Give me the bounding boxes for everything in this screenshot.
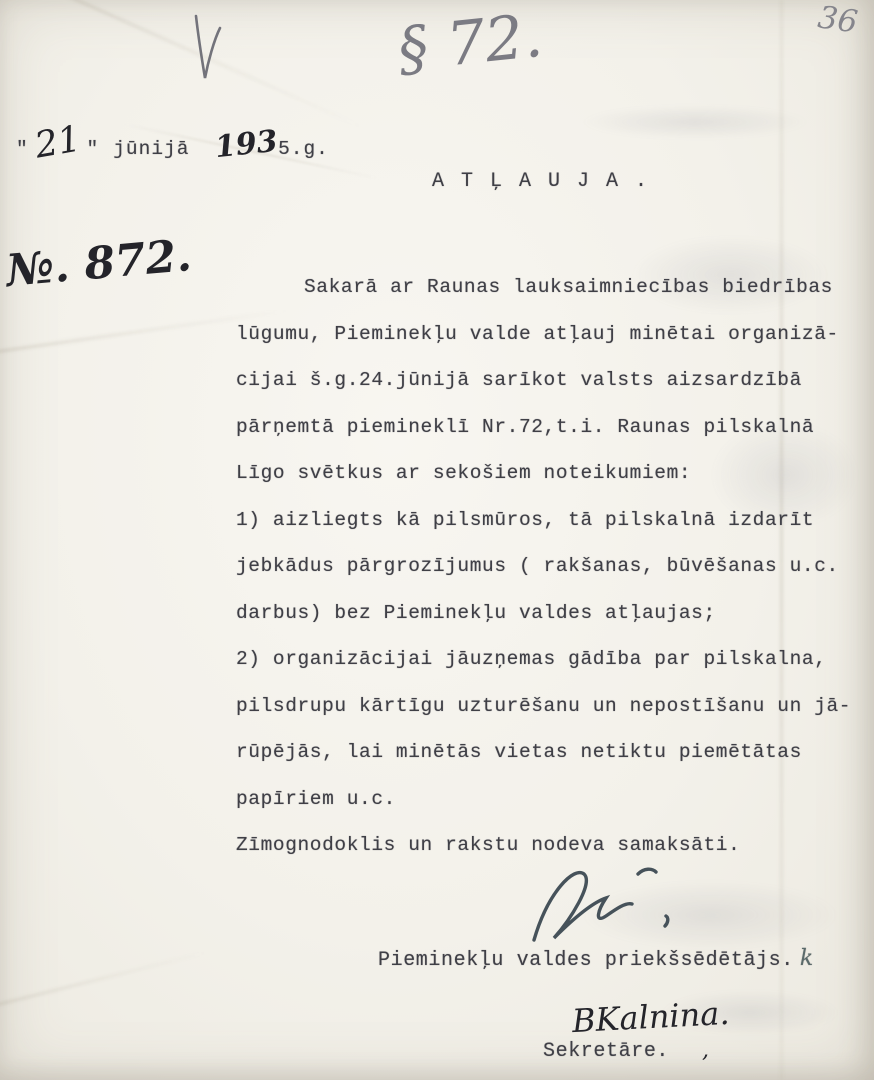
date-day-handwritten: 21 (31, 118, 83, 166)
date-line: " 21 " jūnijā 193 5.g. (16, 122, 329, 163)
page-number-annotation: 36 (816, 0, 860, 41)
body-line: Līgo svētkus ar sekošiem noteikumiem: (236, 450, 851, 497)
chairman-title-line: Pieminekļu valdes priekšsēdētājs.k (378, 946, 814, 972)
bleedthrough-smudge (580, 105, 810, 139)
body-line: papīriem u.c. (236, 776, 851, 823)
secretary-title: Sekretāre. (543, 1040, 669, 1063)
body-line: 2) organizācijai jāuzņemas gādība par pi… (236, 636, 851, 683)
chairman-signature (520, 858, 700, 958)
body-line: lūgumu, Pieminekļu valde atļauj minētai … (236, 311, 851, 358)
date-quote-close: " (87, 138, 100, 160)
date-quote-open: " (16, 138, 29, 160)
case-reference-annotation: § 72. (395, 1, 546, 86)
secretary-signature: BKalnina. (571, 994, 730, 1040)
body-line: jebkādus pārgrozījumus ( rakšanas, būvēš… (236, 543, 851, 590)
date-year-handwritten: 193 (214, 124, 280, 165)
date-month: jūnijā (113, 138, 189, 160)
chairman-handwritten-mark: k (800, 946, 814, 971)
body-line: 1) aizliegts kā pilsmūros, tā pilskalnā … (236, 497, 851, 544)
date-year-typed: 5.g. (278, 138, 329, 160)
body-line: Sakarā ar Raunas lauksaimniecības biedrī… (236, 264, 851, 311)
body-line: pilsdrupu kārtīgu uzturēšanu un nepostīš… (236, 683, 851, 730)
paper-crease (0, 0, 362, 128)
body-text: Sakarā ar Raunas lauksaimniecības biedrī… (236, 264, 851, 869)
stray-ink-mark: , (702, 1038, 709, 1063)
document-title: A T Ļ A U J A . (432, 170, 650, 193)
chairman-title: Pieminekļu valdes priekšsēdētājs. (378, 949, 794, 972)
body-line: pārņemtā piemineklī Nr.72,t.i. Raunas pi… (236, 404, 851, 451)
pencil-checkmark-icon (188, 12, 232, 96)
scanned-document-page: § 72. 36 " 21 " jūnijā 193 5.g. A T Ļ A … (0, 0, 874, 1080)
body-line: darbus) bez Pieminekļu valdes atļaujas; (236, 590, 851, 637)
document-number-annotation: №. 872. (4, 230, 193, 297)
body-line: rūpējās, lai minētās vietas netiktu piem… (236, 729, 851, 776)
body-line: cijai š.g.24.jūnijā sarīkot valsts aizsa… (236, 357, 851, 404)
paper-crease (0, 951, 207, 1012)
